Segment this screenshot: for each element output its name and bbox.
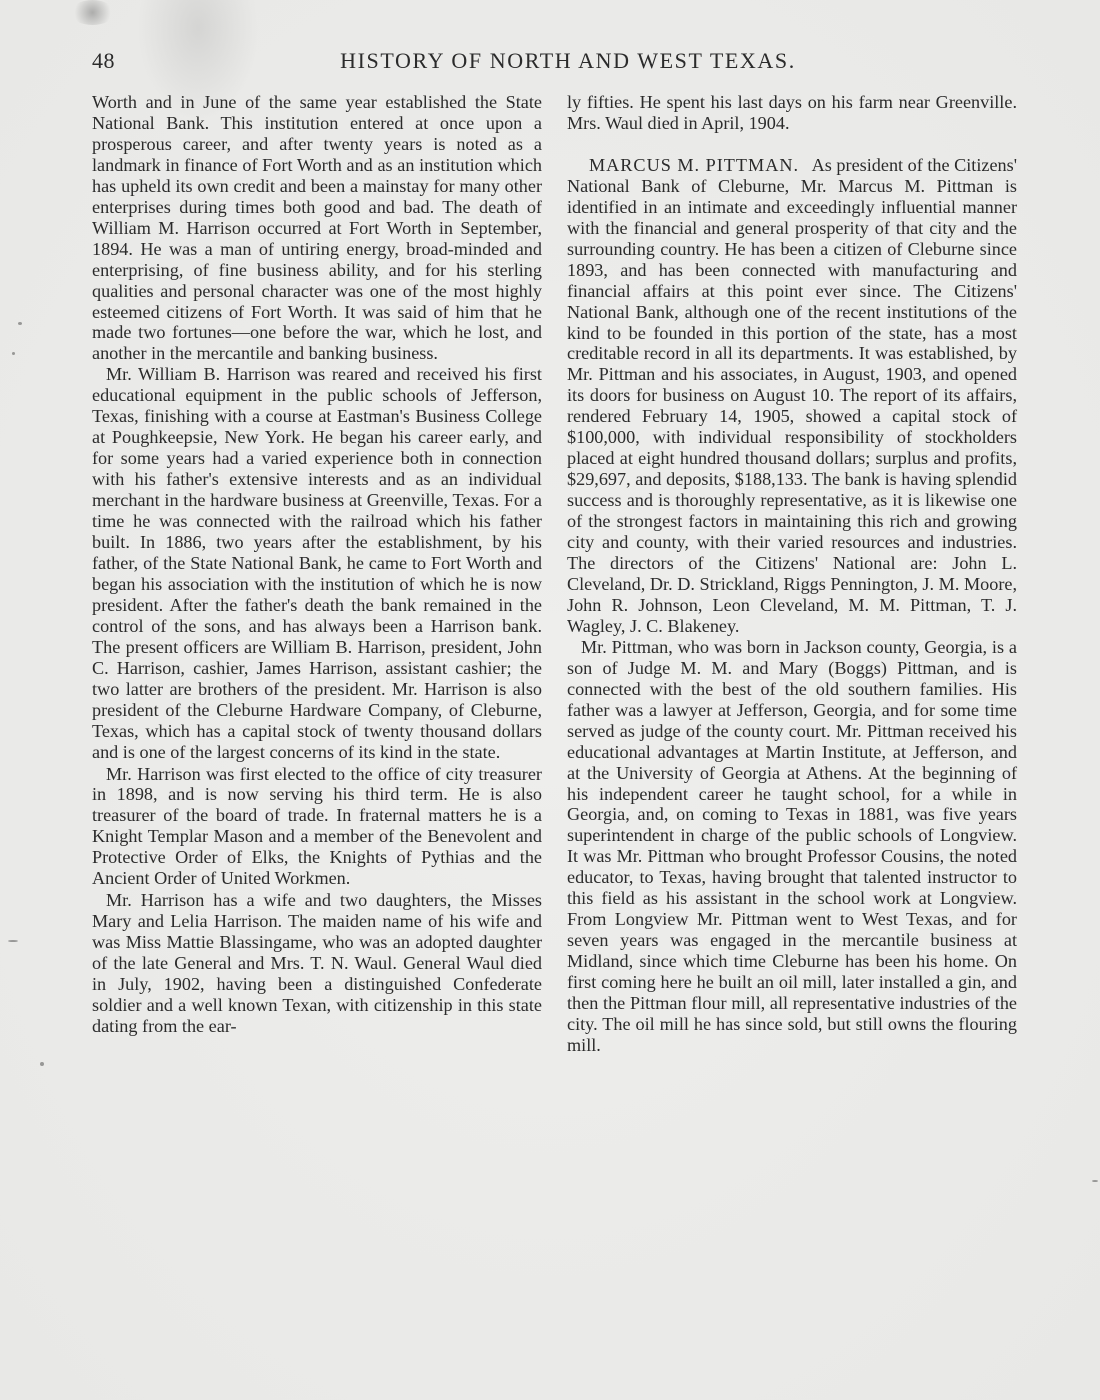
running-title: HISTORY OF NORTH AND WEST TEXAS. <box>92 48 1016 74</box>
paragraph: As president of the Citizens' National B… <box>567 155 1017 636</box>
ink-smudge <box>70 0 115 25</box>
section-heading: MARCUS M. PITTMAN. <box>589 155 799 175</box>
continuation-paragraph: ly fifties. He spent his last days on hi… <box>567 92 1017 134</box>
biography-section: MARCUS M. PITTMAN. As president of the C… <box>567 155 1017 637</box>
paragraph: Worth and in June of the same year estab… <box>92 92 542 364</box>
running-header: 48 HISTORY OF NORTH AND WEST TEXAS. <box>92 46 1016 76</box>
paragraph: Mr. Pittman, who was born in Jackson cou… <box>567 637 1017 1056</box>
paragraph: Mr. Harrison has a wife and two daughter… <box>92 890 542 1037</box>
paragraph: Mr. William B. Harrison was reared and r… <box>92 364 542 762</box>
right-column: ly fifties. He spent his last days on hi… <box>567 92 1017 1056</box>
left-column: Worth and in June of the same year estab… <box>92 92 542 1037</box>
paragraph: Mr. Harrison was first elected to the of… <box>92 764 542 890</box>
